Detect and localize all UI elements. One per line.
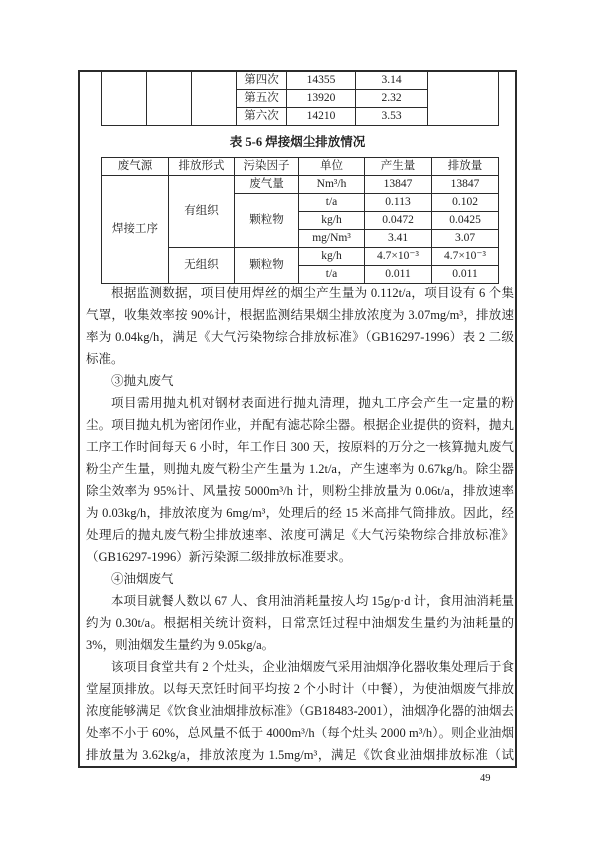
cell-unit: kg/h — [299, 212, 365, 230]
heading-cooking-fume: ④油烟废气 — [86, 568, 514, 590]
cell-emission-type: 有组织 — [169, 176, 235, 248]
paragraph-canteen-stoves: 该项目食堂共有 2 个灶头，企业油烟废气采用油烟净化器收集处理后于食堂屋顶排放。… — [86, 656, 514, 768]
cell-unit: mg/Nm³ — [299, 230, 365, 248]
cell-factor: 颗粒物 — [235, 248, 299, 284]
header-cell: 污染因子 — [235, 158, 299, 176]
cell-round: 第六次 — [237, 108, 287, 126]
cell-value: 14355 — [287, 72, 356, 90]
cell-produced: 3.41 — [365, 230, 432, 248]
cell-value: 14210 — [287, 108, 356, 126]
continued-monitoring-table: 第四次 14355 3.14 第五次 13920 2.32 第六次 14210 … — [101, 71, 499, 126]
cell-source: 焊接工序 — [102, 176, 169, 284]
header-cell: 废气源 — [102, 158, 169, 176]
cell-unit: Nm³/h — [299, 176, 365, 194]
cell-unit: t/a — [299, 194, 365, 212]
cell-emission-type: 无组织 — [169, 248, 235, 284]
cell-produced: 0.0472 — [365, 212, 432, 230]
cell-produced: 4.7×10⁻³ — [365, 248, 432, 266]
cell-emitted: 0.0425 — [432, 212, 499, 230]
empty-cell — [147, 72, 192, 126]
paragraph-monitoring-data: 根据监测数据，项目使用焊丝的烟尘产生量为 0.112t/a，项目设有 6 个集气… — [86, 282, 514, 370]
table-row: 焊接工序 有组织 废气量 Nm³/h 13847 13847 — [102, 176, 499, 194]
cell-unit: t/a — [299, 266, 365, 284]
empty-cell — [192, 72, 237, 126]
paragraph-shot-blasting: 项目需用抛丸机对钢材表面进行抛丸清理，抛丸工序会产生一定量的粉尘。项目抛丸机为密… — [86, 392, 514, 568]
cell-emitted: 0.011 — [432, 266, 499, 284]
empty-cell — [428, 72, 499, 126]
cell-value: 3.53 — [356, 108, 428, 126]
cell-round: 第五次 — [237, 90, 287, 108]
cell-round: 第四次 — [237, 72, 287, 90]
cell-emitted: 4.7×10⁻³ — [432, 248, 499, 266]
cell-unit: kg/h — [299, 248, 365, 266]
cell-produced: 13847 — [365, 176, 432, 194]
cell-factor: 废气量 — [235, 176, 299, 194]
page-number: 49 — [480, 773, 491, 784]
body-text: 根据监测数据，项目使用焊丝的烟尘产生量为 0.112t/a，项目设有 6 个集气… — [86, 282, 514, 768]
cell-value: 2.32 — [356, 90, 428, 108]
paragraph-cooking-oil: 本项目就餐人数以 67 人、食用油消耗量按人均 15g/p·d 计，食用油消耗量… — [86, 590, 514, 656]
cell-value: 13920 — [287, 90, 356, 108]
header-cell: 排放量 — [432, 158, 499, 176]
welding-dust-emission-table: 废气源 排放形式 污染因子 单位 产生量 排放量 焊接工序 有组织 废气量 Nm… — [101, 157, 499, 284]
header-cell: 排放形式 — [169, 158, 235, 176]
cell-emitted: 0.102 — [432, 194, 499, 212]
cell-emitted: 13847 — [432, 176, 499, 194]
cell-value: 3.14 — [356, 72, 428, 90]
empty-cell — [102, 72, 147, 126]
table-header-row: 废气源 排放形式 污染因子 单位 产生量 排放量 — [102, 158, 499, 176]
table-5-6-title: 表 5-6 焊接烟尘排放情况 — [80, 135, 515, 150]
cell-produced: 0.011 — [365, 266, 432, 284]
cell-produced: 0.113 — [365, 194, 432, 212]
cell-factor: 颗粒物 — [235, 194, 299, 248]
header-cell: 产生量 — [365, 158, 432, 176]
header-cell: 单位 — [299, 158, 365, 176]
page-frame: 第四次 14355 3.14 第五次 13920 2.32 第六次 14210 … — [78, 70, 517, 768]
cell-emitted: 3.07 — [432, 230, 499, 248]
table-row: 第四次 14355 3.14 — [102, 72, 499, 90]
heading-shot-blasting-gas: ③抛丸废气 — [86, 370, 514, 392]
